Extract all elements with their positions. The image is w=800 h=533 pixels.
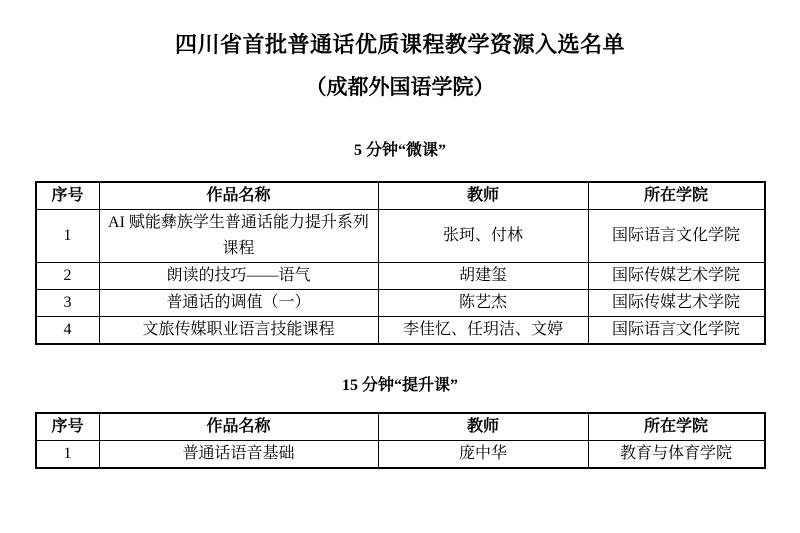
table-cell: 国际语言文化学院 bbox=[588, 210, 765, 263]
table-cell: 2 bbox=[36, 263, 100, 290]
table-cell: 庞中华 bbox=[378, 441, 588, 469]
table-cell: 3 bbox=[36, 290, 100, 317]
table-cell: 1 bbox=[36, 441, 100, 469]
column-header-1: 作品名称 bbox=[99, 413, 378, 441]
table-cell: 普通话的调值（一） bbox=[99, 290, 378, 317]
section-heading-micro-course: 5 分钟“微课” bbox=[0, 140, 800, 161]
table-cell: 国际语言文化学院 bbox=[588, 317, 765, 345]
table-row: 3普通话的调值（一）陈艺杰国际传媒艺术学院 bbox=[36, 290, 765, 317]
table-cell: 陈艺杰 bbox=[378, 290, 588, 317]
table-cell: 国际传媒艺术学院 bbox=[588, 290, 765, 317]
table-row: 1普通话语音基础庞中华教育与体育学院 bbox=[36, 441, 765, 469]
table-cell: AI 赋能彝族学生普通话能力提升系列课程 bbox=[99, 210, 378, 263]
document-title: 四川省首批普通话优质课程教学资源入选名单 bbox=[0, 30, 800, 60]
table-header-row: 序号作品名称教师所在学院 bbox=[36, 182, 765, 210]
table-row: 1AI 赋能彝族学生普通话能力提升系列课程张珂、付林国际语言文化学院 bbox=[36, 210, 765, 263]
table-cell: 1 bbox=[36, 210, 100, 263]
section-advanced-course: 15 分钟“提升课” 序号作品名称教师所在学院1普通话语音基础庞中华教育与体育学… bbox=[0, 375, 800, 469]
table-row: 4文旅传媒职业语言技能课程李佳忆、任玥洁、文婷国际语言文化学院 bbox=[36, 317, 765, 345]
table-cell: 国际传媒艺术学院 bbox=[588, 263, 765, 290]
table-cell: 李佳忆、任玥洁、文婷 bbox=[378, 317, 588, 345]
table-cell: 张珂、付林 bbox=[378, 210, 588, 263]
table-cell: 文旅传媒职业语言技能课程 bbox=[99, 317, 378, 345]
section-heading-advanced-course: 15 分钟“提升课” bbox=[0, 375, 800, 396]
table-cell: 朗读的技巧——语气 bbox=[99, 263, 378, 290]
micro-course-table: 序号作品名称教师所在学院1AI 赋能彝族学生普通话能力提升系列课程张珂、付林国际… bbox=[35, 181, 766, 345]
document-subtitle: （成都外国语学院） bbox=[0, 74, 800, 102]
table-cell: 普通话语音基础 bbox=[99, 441, 378, 469]
advanced-course-table: 序号作品名称教师所在学院1普通话语音基础庞中华教育与体育学院 bbox=[35, 412, 766, 469]
table-cell: 4 bbox=[36, 317, 100, 345]
table-row: 2朗读的技巧——语气胡建玺国际传媒艺术学院 bbox=[36, 263, 765, 290]
column-header-1: 作品名称 bbox=[99, 182, 378, 210]
table-header-row: 序号作品名称教师所在学院 bbox=[36, 413, 765, 441]
section-micro-course: 5 分钟“微课” 序号作品名称教师所在学院1AI 赋能彝族学生普通话能力提升系列… bbox=[0, 140, 800, 345]
column-header-0: 序号 bbox=[36, 182, 100, 210]
column-header-0: 序号 bbox=[36, 413, 100, 441]
table-cell: 教育与体育学院 bbox=[588, 441, 765, 469]
column-header-3: 所在学院 bbox=[588, 413, 765, 441]
document-page: 四川省首批普通话优质课程教学资源入选名单 （成都外国语学院） 5 分钟“微课” … bbox=[0, 0, 800, 533]
column-header-2: 教师 bbox=[378, 413, 588, 441]
column-header-2: 教师 bbox=[378, 182, 588, 210]
column-header-3: 所在学院 bbox=[588, 182, 765, 210]
table-cell: 胡建玺 bbox=[378, 263, 588, 290]
